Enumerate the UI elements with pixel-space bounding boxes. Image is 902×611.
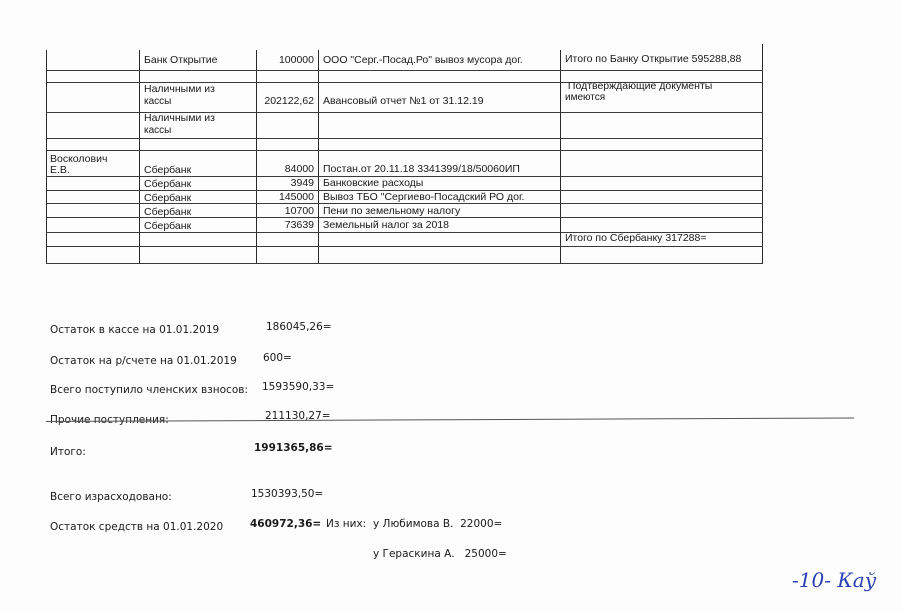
- source-cell: Сбербанк: [144, 221, 191, 232]
- holder-geraskin: у Гераскина А. 25000=: [373, 548, 507, 560]
- purpose-cell: Авансовый отчет №1 от 31.12.19: [323, 96, 484, 107]
- page-number-mark: -10-: [792, 568, 831, 592]
- membership-fees-label: Всего поступило членских взносов:: [50, 384, 248, 396]
- amount-cell: 84000: [256, 164, 314, 175]
- spent-value: 1530393,50=: [251, 488, 323, 500]
- account-balance-label: Остаток на р/счете на 01.01.2019: [50, 355, 237, 367]
- source-cell: Сбербанк: [144, 193, 191, 204]
- remaining-value: 460972,36=: [250, 518, 321, 530]
- spent-label: Всего израсходовано:: [50, 491, 172, 503]
- of-which-label: Из них:: [326, 518, 366, 530]
- note-cell: Итого по Сбербанку 317288=: [565, 233, 707, 244]
- source-cell: Сбербанк: [144, 207, 191, 218]
- remaining-label: Остаток средств на 01.01.2020: [50, 521, 223, 533]
- amount-cell: 10700: [256, 206, 314, 217]
- handwritten-signature: -10- Каў: [792, 568, 876, 592]
- person-cell: Е.В.: [50, 165, 70, 176]
- signature-initials: Каў: [837, 568, 876, 592]
- row-divider: [46, 70, 763, 71]
- account-balance-value: 600=: [263, 352, 292, 364]
- amount-cell: 100000: [256, 55, 314, 66]
- amount-cell: 73639: [256, 220, 314, 231]
- source-cell: Банк Открытие: [144, 55, 218, 66]
- note-cell: имеются: [565, 92, 605, 103]
- membership-fees-value: 1593590,33=: [262, 381, 334, 393]
- source-cell: Наличными из: [144, 113, 215, 124]
- table-border-bottom: [46, 263, 763, 264]
- cash-balance-value: 186045,26=: [266, 321, 332, 333]
- amount-cell: 3949: [256, 178, 314, 189]
- amount-cell: 202122,62: [256, 96, 314, 107]
- total-value: 1991365,86=: [254, 442, 333, 454]
- source-cell: кассы: [144, 96, 171, 107]
- row-divider: [46, 150, 763, 151]
- total-label: Итого:: [50, 446, 86, 458]
- expense-table: Банк Открытие 100000 ООО "Серг.-Посад.Ро…: [46, 50, 763, 264]
- holder-lyubimov: у Любимова В. 22000=: [373, 518, 502, 530]
- source-cell: Сбербанк: [144, 179, 191, 190]
- purpose-cell: Вывоз ТБО "Сергиево-Посадский РО дог.: [323, 192, 524, 203]
- purpose-cell: Банковские расходы: [323, 178, 423, 189]
- source-cell: Сбербанк: [144, 165, 191, 176]
- note-cell: Подтверждающие документы: [565, 81, 712, 92]
- purpose-cell: ООО "Серг.-Посад.Ро" вывоз мусора дог.: [323, 55, 523, 66]
- source-cell: кассы: [144, 125, 171, 136]
- cash-balance-label: Остаток в кассе на 01.01.2019: [50, 324, 219, 336]
- amount-cell: 145000: [256, 192, 314, 203]
- purpose-cell: Постан.от 20.11.18 3341399/18/50060ИП: [323, 164, 520, 175]
- row-divider: [46, 138, 763, 139]
- purpose-cell: Пени по земельному налогу: [323, 206, 460, 217]
- source-cell: Наличными из: [144, 84, 215, 95]
- row-divider: [46, 246, 763, 247]
- note-cell: Итого по Банку Открытие 595288,88: [565, 54, 741, 65]
- purpose-cell: Земельный налог за 2018: [323, 220, 449, 231]
- table-border-right: [762, 44, 763, 264]
